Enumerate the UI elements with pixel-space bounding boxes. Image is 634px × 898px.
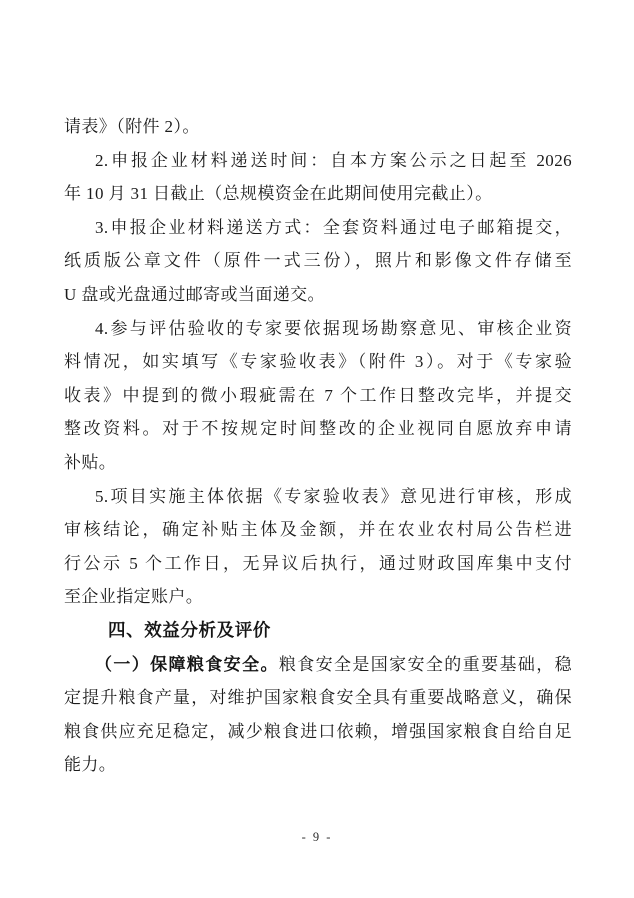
text-line-item3-start: 3.申报企业材料递送方式：全套资料通过电子邮箱提交， <box>64 211 572 245</box>
text-line-item5-end: 至企业指定账户。 <box>64 580 572 614</box>
section-heading-benefit-analysis: 四、效益分析及评价 <box>64 614 572 648</box>
subsection-heading-food-security: （一）保障粮食安全。 <box>95 655 279 674</box>
text-line-item2-start: 2.申报企业材料递送时间：自本方案公示之日起至 2026 <box>64 144 572 178</box>
text-line-item4-mid2: 收表》中提到的微小瑕疵需在 7 个工作日整改完毕，并提交 <box>64 379 572 413</box>
food-security-lead-text: 粮食安全是国家安全的重要基础，稳 <box>279 655 572 674</box>
text-line-item4-end: 补贴。 <box>64 446 572 480</box>
text-line-food-security-end: 能力。 <box>64 748 572 782</box>
text-line-item3-end: U 盘或光盘通过邮寄或当面递交。 <box>64 278 572 312</box>
text-line-item4-mid3: 整改资料。对于不按规定时间整改的企业视同自愿放弃申请 <box>64 412 572 446</box>
document-page: 请表》（附件 2）。 2.申报企业材料递送时间：自本方案公示之日起至 2026 … <box>0 0 634 898</box>
text-line-item3-mid: 纸质版公章文件（原件一式三份），照片和影像文件存储至 <box>64 244 572 278</box>
text-line-item2-end: 年 10 月 31 日截止（总规模资金在此期间使用完截止）。 <box>64 177 572 211</box>
text-line-item5-mid1: 审核结论，确定补贴主体及金额，并在农业农村局公告栏进 <box>64 513 572 547</box>
text-line-food-security-start: （一）保障粮食安全。粮食安全是国家安全的重要基础，稳 <box>64 648 572 682</box>
text-line-item4-mid1: 料情况，如实填写《专家验收表》（附件 3）。对于《专家验 <box>64 345 572 379</box>
text-line-item5-mid2: 行公示 5 个工作日，无异议后执行，通过财政国库集中支付 <box>64 547 572 581</box>
page-number: - 9 - <box>0 830 634 845</box>
text-line-food-security-mid2: 粮食供应充足稳定，减少粮食进口依赖，增强国家粮食自给自足 <box>64 715 572 749</box>
text-line-continuation: 请表》（附件 2）。 <box>64 110 572 144</box>
text-line-item4-start: 4.参与评估验收的专家要依据现场勘察意见、审核企业资 <box>64 312 572 346</box>
text-line-item5-start: 5.项目实施主体依据《专家验收表》意见进行审核，形成 <box>64 480 572 514</box>
text-line-food-security-mid1: 定提升粮食产量，对维护国家粮食安全具有重要战略意义，确保 <box>64 681 572 715</box>
document-content: 请表》（附件 2）。 2.申报企业材料递送时间：自本方案公示之日起至 2026 … <box>64 110 572 782</box>
